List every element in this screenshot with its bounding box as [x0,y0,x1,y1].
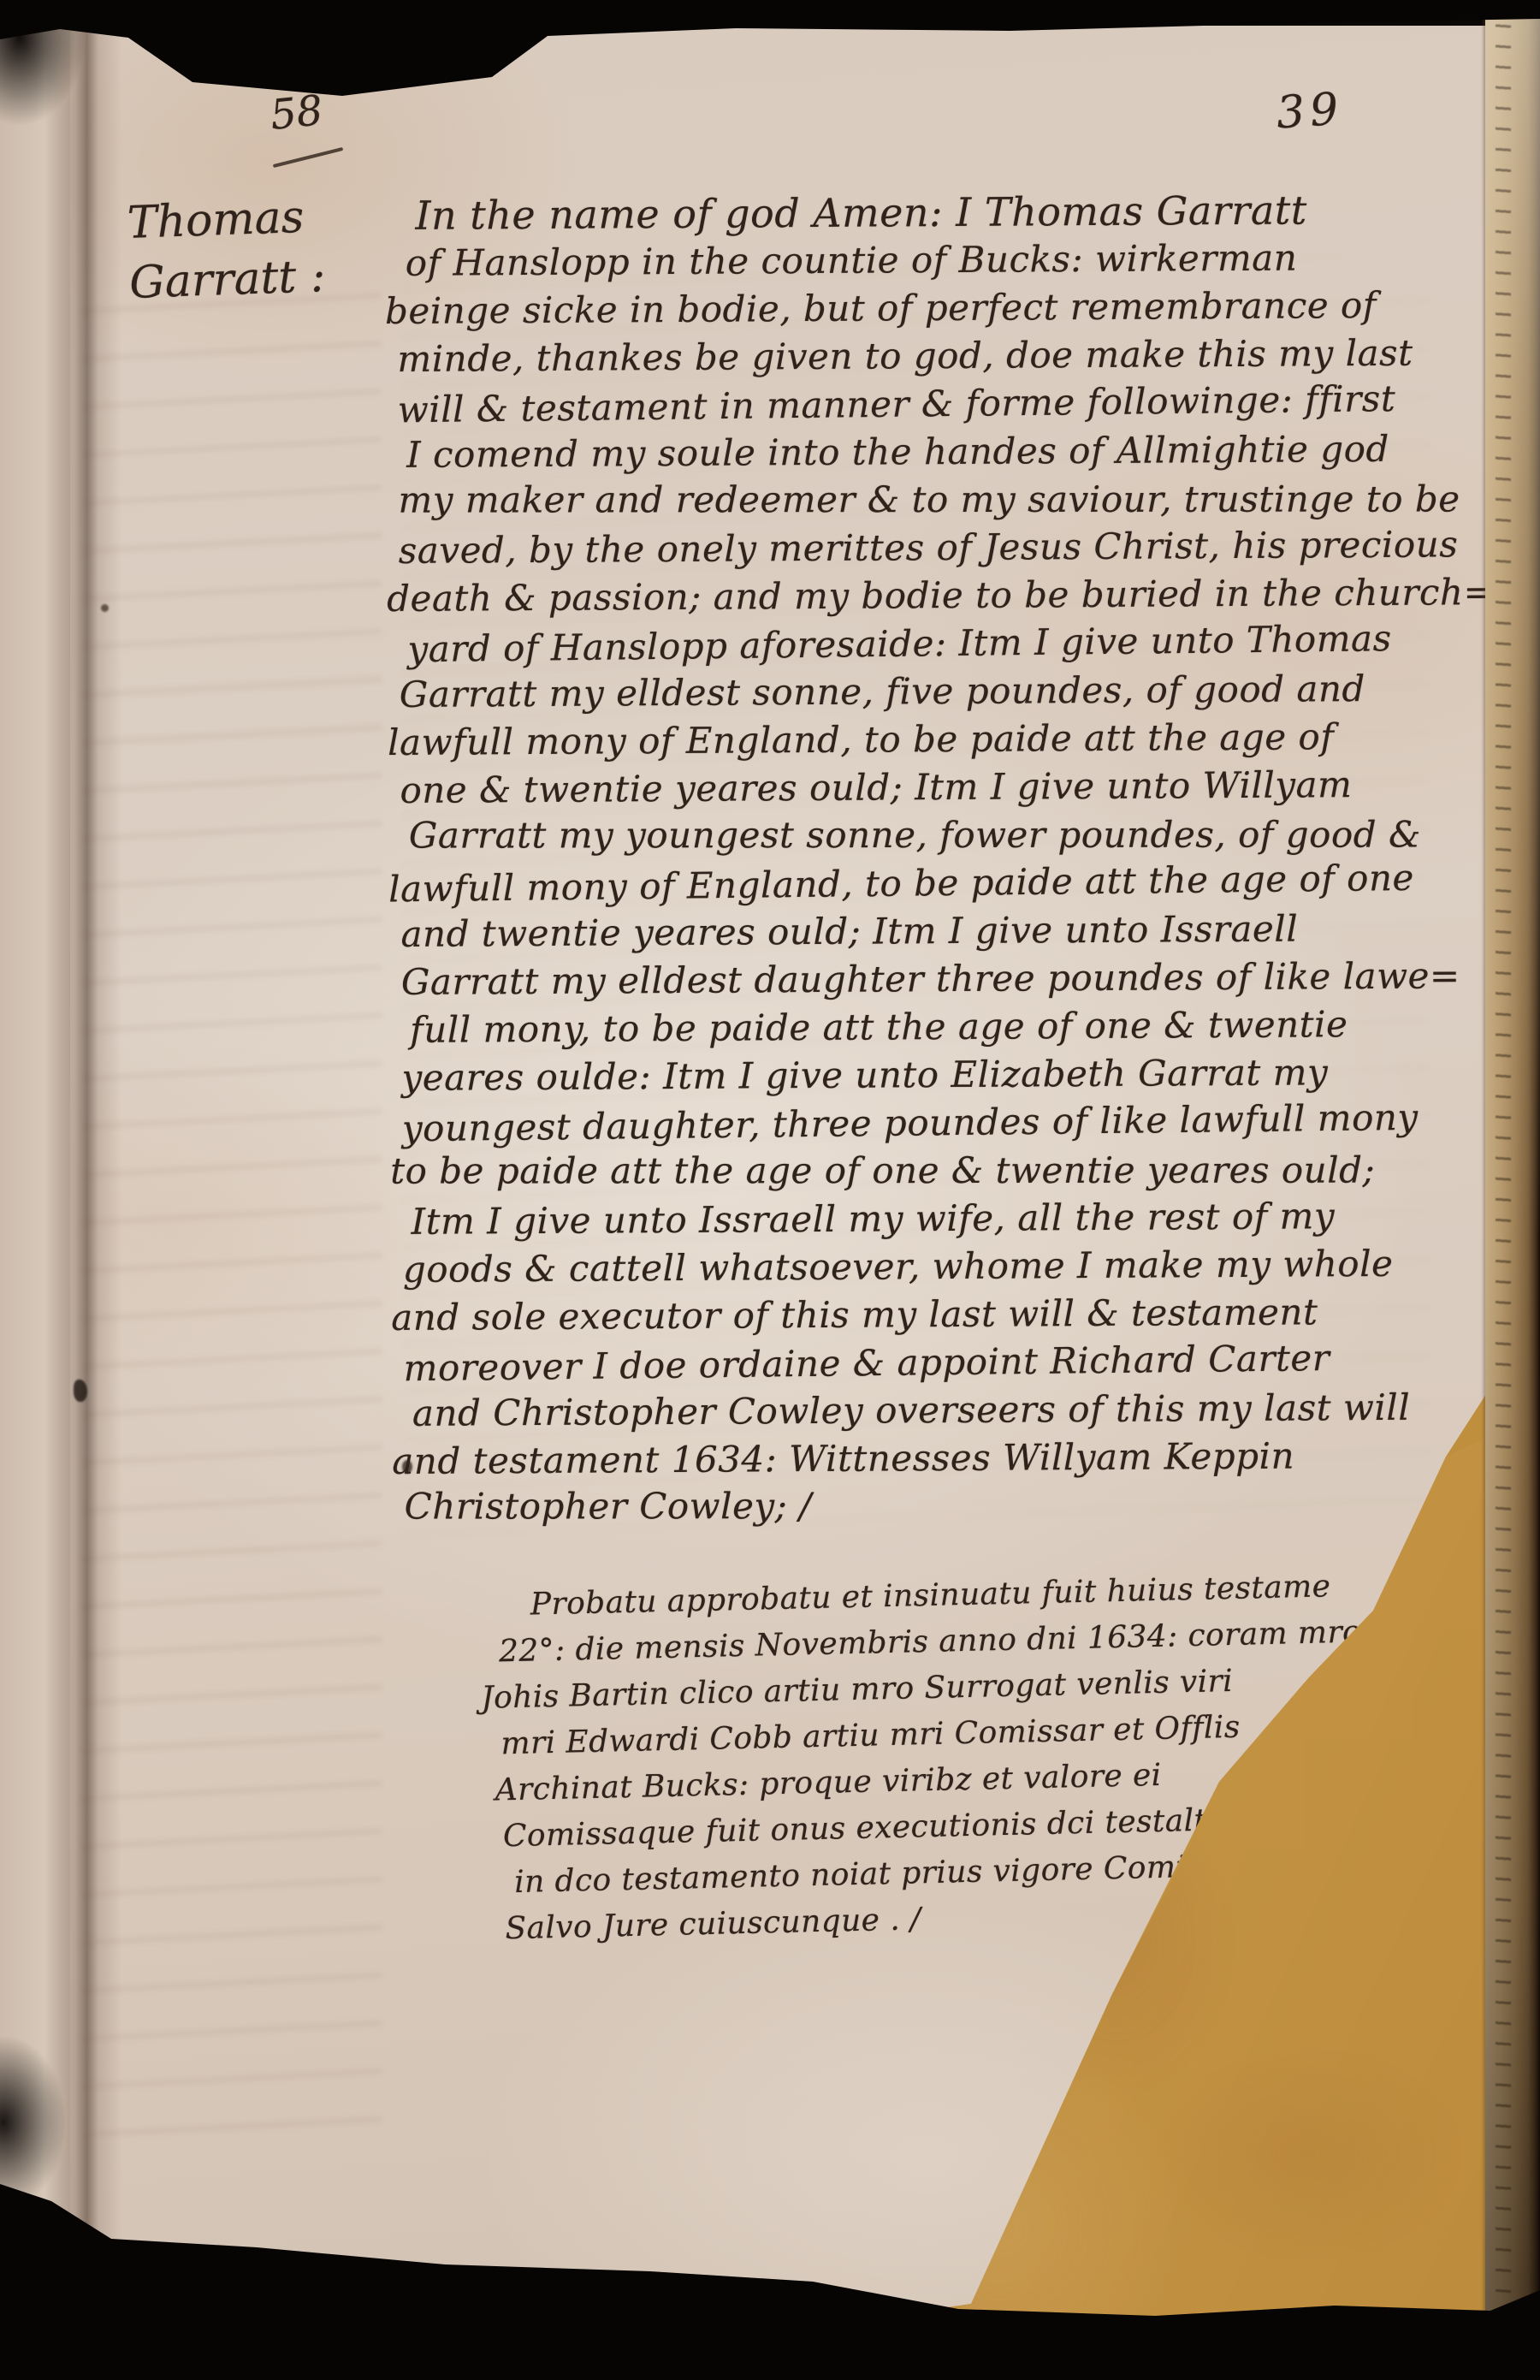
will-text-line: goods & cattell whatsoever, whome I make… [403,1239,1507,1294]
ink-speck [74,1380,87,1402]
ink-speck [101,604,109,612]
will-text-line: Christopher Cowley; / [405,1481,1508,1530]
bleedthrough-text-left-margin [82,282,382,2148]
will-text-line: and twentie yeares ould; Itm I give unto… [400,904,1504,959]
will-text-line: of Hanslopp in the countie of Bucks: wir… [406,233,1501,288]
margin-name-line: Thomas [127,187,324,253]
margin-testator-name: Thomas Garratt : [127,187,327,313]
will-text-line: Garratt my youngest sonne, fower poundes… [409,810,1504,859]
will-text-line: my maker and redeemer & to my saviour, t… [398,475,1501,524]
will-text-line: lawfull mony of England, to be paide att… [388,712,1503,767]
will-text-line: one & twentie yeares ould; Itm I give un… [400,760,1503,815]
will-text-line: Garratt my elldest sonne, five poundes, … [400,664,1503,719]
will-text-line: In the name of god Amen: I Thomas Garrat… [396,185,1500,240]
will-text-line: and testament 1634: Wittnesses Willyam K… [392,1431,1507,1486]
folio-number-58: 58 [268,86,325,139]
will-text-line: I comend my soule into the handes of All… [406,424,1501,479]
folio-number-39: 39 [1275,83,1345,139]
fore-edge-ink-marks [1496,9,1511,2353]
margin-name-line: Garratt : [128,246,326,313]
manuscript-photo: 58 39 Thomas Garratt : In the name of go… [0,0,1540,2380]
will-text-line: beinge sicke in bodie, but of perfect re… [385,281,1501,335]
will-text-block: In the name of god Amen: I Thomas Garrat… [396,185,1508,1534]
will-text-line: Itm I give unto Issraell my wife, all th… [411,1191,1506,1246]
will-text-line: to be paide att the age of one & twentie… [390,1146,1506,1195]
gutter-shadow-bottom [0,2037,65,2208]
will-text-line: saved, by the onely merittes of Jesus Ch… [399,520,1502,575]
will-text-line: youngest daughter, three poundes of like… [402,1093,1507,1154]
will-text-line: full mony, to be paide att the age of on… [410,1000,1505,1054]
will-text-line: Garratt my elldest daughter three pounde… [401,952,1505,1006]
fore-edge-highlight [1485,0,1540,2380]
will-text-line: and Christopher Cowley overseers of this… [412,1383,1507,1438]
